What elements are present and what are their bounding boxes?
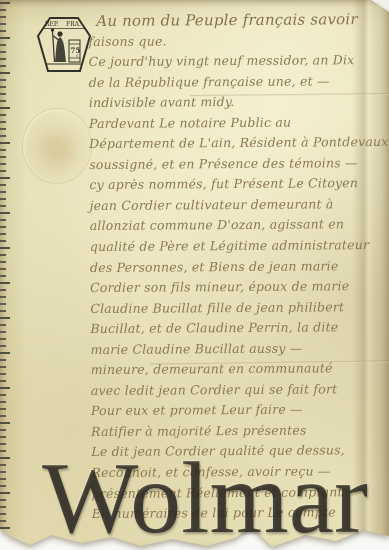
wolmar-watermark: Wolmar <box>42 448 368 550</box>
text-line: avec ledit jean Cordier qui se fait fort <box>91 379 387 402</box>
stamp-label-left: REP. <box>45 21 59 28</box>
stamp-label-right: FRA. <box>66 21 81 28</box>
text-line: indivisible avant midy. <box>89 91 385 114</box>
text-line: jean Cordier cultivateur demeurant à <box>90 194 386 217</box>
embossed-seal <box>22 108 92 184</box>
text-line: marie Claudine Bucillat aussy — <box>91 338 387 361</box>
text-line: Bucillat, et de Claudine Perrin, la dite <box>90 317 386 340</box>
photograph-background: REP. FRA. 75 c <box>0 0 389 550</box>
text-line: des Personnes, et Biens de jean marie <box>90 256 386 279</box>
text-line: qualité de Père et Légitime administrate… <box>90 235 386 258</box>
text-line: Claudine Bucillat fille de jean philiber… <box>90 297 386 320</box>
text-line: mineure, demeurant en communauté <box>91 358 387 381</box>
text-line: faisons que. <box>88 30 384 53</box>
text-line: Pour eux et promet Leur faire — <box>91 399 387 422</box>
text-line: Ratifier à majorité Les présentes <box>91 420 387 443</box>
measuring-ruler <box>0 0 11 540</box>
text-line: de la République française une, et — <box>89 71 385 94</box>
text-line: soussigné, et en Présence des témoins — <box>89 153 385 176</box>
text-line: cy après nommés, fut Présent Le Citoyen <box>89 173 385 196</box>
fiscal-stamp-icon: REP. FRA. 75 c <box>36 16 92 74</box>
text-line: allonziat commune D'ozan, agissant en <box>90 214 386 237</box>
text-line: Ce jourd'huy vingt neuf messidor, an Dix <box>88 50 384 73</box>
text-line: Pardevant Le notaire Public au <box>89 112 385 135</box>
text-line: Département de L'ain, Résident à Pontdev… <box>89 132 385 155</box>
text-line: Cordier son fils mineur, époux de marie <box>90 276 386 299</box>
text-line: Au nom du Peuple français savoir <box>88 9 384 32</box>
